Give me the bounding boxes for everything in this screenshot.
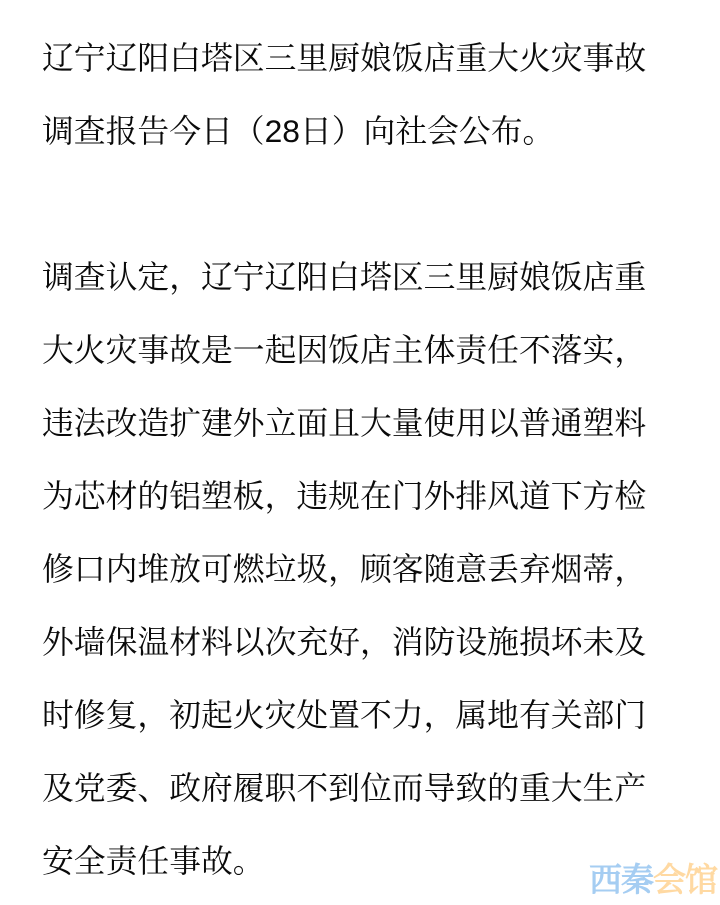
watermark-part-blue: 西秦 [589,861,653,898]
paragraph-intro: 辽宁辽阳白塔区三里厨娘饭店重大火灾事故 调查报告今日（28日）向社会公布。 [42,22,678,168]
text-line: 时修复，初起火灾处置不力，属地有关部门 [42,679,678,752]
text-line: 安全责任事故。 [42,825,678,898]
text-line: 外墙保温材料以次充好，消防设施损坏未及 [42,606,678,679]
paragraph-findings: 调查认定，辽宁辽阳白塔区三里厨娘饭店重 大火灾事故是一起因饭店主体责任不落实， … [42,241,678,898]
watermark: 西秦会馆 [589,854,717,901]
text-line: 调查认定，辽宁辽阳白塔区三里厨娘饭店重 [42,241,678,314]
article-body: 辽宁辽阳白塔区三里厨娘饭店重大火灾事故 调查报告今日（28日）向社会公布。 调查… [0,0,720,898]
text-line: 违法改造扩建外立面且大量使用以普通塑料 [42,387,678,460]
watermark-part-orange: 会馆 [653,861,717,898]
text-line: 大火灾事故是一起因饭店主体责任不落实， [42,314,678,387]
text-line: 修口内堆放可燃垃圾，顾客随意丢弃烟蒂， [42,533,678,606]
text-line: 为芯材的铝塑板，违规在门外排风道下方检 [42,460,678,533]
text-line: 调查报告今日（28日）向社会公布。 [42,95,678,168]
text-line: 及党委、政府履职不到位而导致的重大生产 [42,752,678,825]
text-line: 辽宁辽阳白塔区三里厨娘饭店重大火灾事故 [42,22,678,95]
